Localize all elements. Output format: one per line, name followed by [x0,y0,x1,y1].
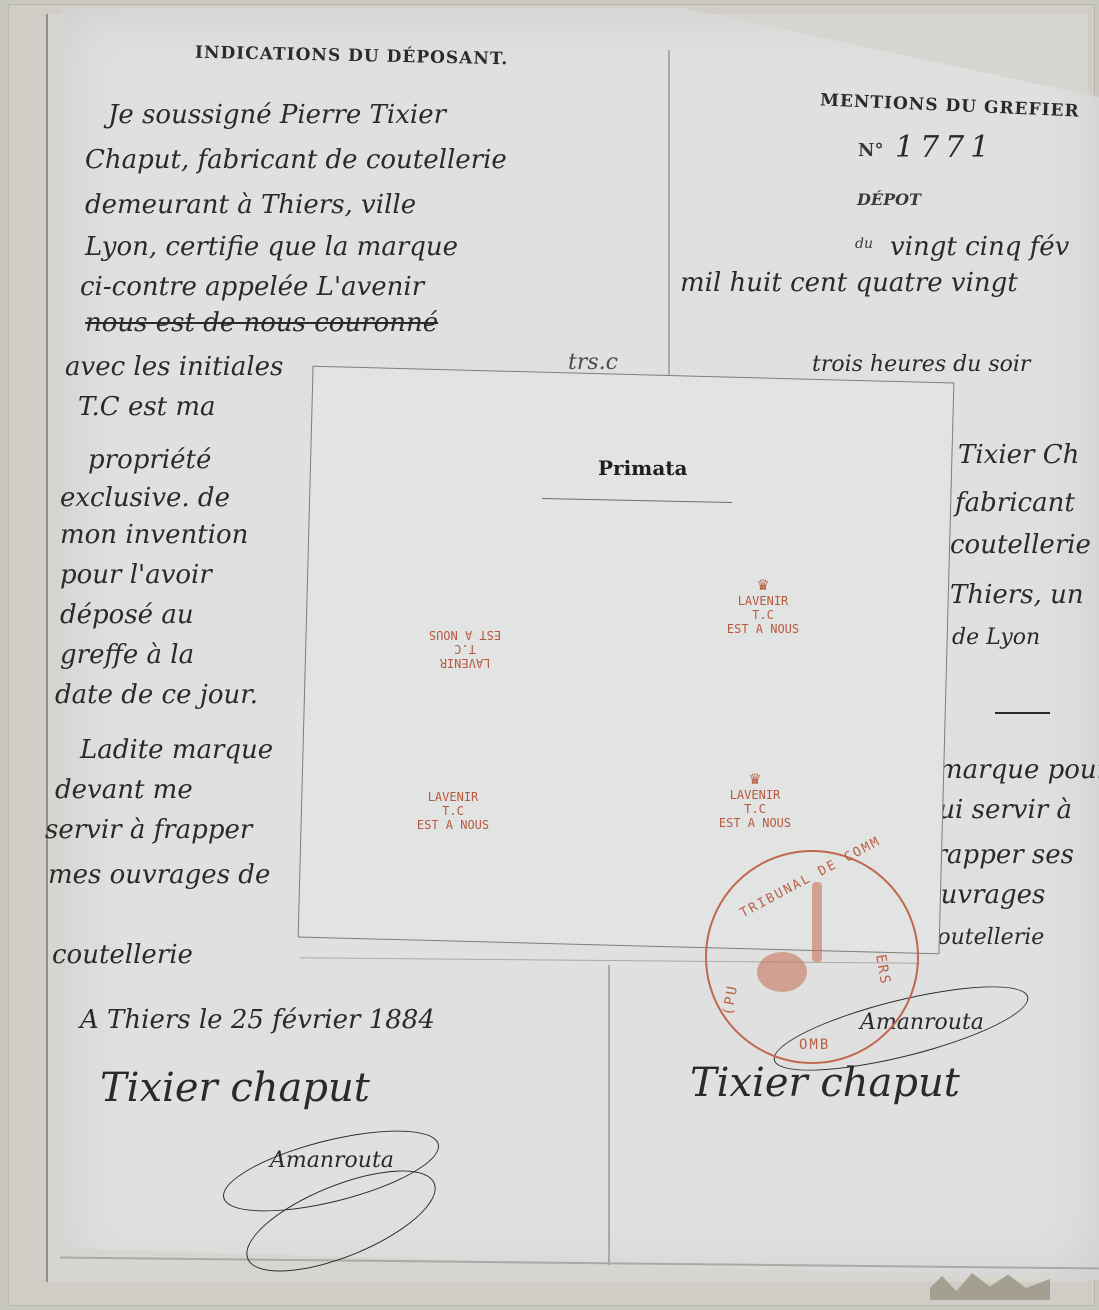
stamp-line-3: EST A NOUS [388,818,518,832]
depositor-annotation: trs.c [568,350,618,375]
registrar-mark-line-5: coutellerie [925,925,1044,950]
depot-label: DÉPOT [857,190,921,209]
registrar-mark-line-2: lui servir à [930,795,1072,825]
tribunal-seal: TRIBUNAL DE COMM (PU OMB ERS [705,850,919,1064]
stamp-line-2: T.C [698,608,828,622]
depositor-line-16: Ladite marque [80,735,273,765]
registration-number: 1771 [895,130,995,165]
seal-bottom-text: OMB [799,1037,830,1053]
depositor-line-4: Lyon, certifie que la marque [85,232,458,262]
mark-stamp-inverted: LAVENIR T.C EST A NOUS [400,580,530,670]
depositor-line-8: T.C est ma [78,392,216,422]
registrar-name-line-5: de Lyon [952,625,1040,650]
mark-stamp-crowned-bottom: ♛ LAVENIR T.C EST A NOUS [690,770,820,860]
registrar-name-line-3: coutellerie [950,530,1091,560]
registrar-mark-line-3: frapper ses [925,840,1074,870]
depositor-line-1: Je soussigné Pierre Tixier [108,100,446,130]
stamp-line-1: LAVENIR [400,656,530,670]
seal-left-text: (PU [720,983,741,1017]
depositor-line-18: servir à frapper [45,815,252,845]
registrar-dash [995,712,1050,714]
column-divider-top [668,50,670,380]
depositor-signature: Tixier chaput [100,1065,370,1111]
depositor-line-14: greffe à la [60,640,194,670]
place-date: A Thiers le 25 février 1884 [80,1005,435,1035]
seal-emblem [757,952,807,992]
depositor-line-6: nous est de nous couronné [85,308,438,338]
stamp-line-3: EST A NOUS [698,622,828,636]
depositor-line-3: demeurant à Thiers, ville [85,190,416,220]
depositor-line-9: propriété [88,445,211,475]
stamp-line-1: LAVENIR [388,790,518,804]
depositor-line-13: déposé au [60,600,194,630]
registrar-time-line: trois heures du soir [812,352,1030,377]
registrar-name-line-2: fabricant [955,488,1075,518]
depositor-line-12: pour l'avoir [60,560,212,590]
registrar-date-line-2: mil huit cent quatre vingt [680,268,1018,298]
du-label: du [855,236,873,252]
crown-icon: ♛ [690,770,820,788]
registrar-date-line-1: vingt cinq fév [890,232,1069,262]
depositor-line-7: avec les initiales [65,352,283,382]
registrar-name-line-4: Thiers, un [950,580,1084,610]
registrar-name-line-1: Tixier Ch [958,440,1079,470]
specimen-title: Primata [598,456,688,480]
stamp-line-1: LAVENIR [690,788,820,802]
registrar-mark-line-4: ouvrages [925,880,1045,910]
registrar-mark-line-1: marque pour [938,755,1099,785]
depositor-line-15: date de ce jour. [55,680,258,710]
depositor-line-11: mon invention [60,520,248,550]
depositor-line-5: ci-contre appelée L'avenir [80,272,424,302]
mark-stamp-plain: LAVENIR T.C EST A NOUS [388,790,518,880]
depositor-line-19: mes ouvrages de [48,860,270,890]
stamp-line-1: LAVENIR [698,594,828,608]
seal-right-text: ERS [872,953,893,987]
depositor-line-17: devant me [55,775,193,805]
stamp-line-2: T.C [388,804,518,818]
depositor-line-10: exclusive. de [60,483,230,513]
stamp-line-3: EST A NOUS [690,816,820,830]
seal-emblem-spire [812,882,822,962]
depositor-line-2: Chaput, fabricant de coutellerie [85,145,507,175]
stamp-line-3: EST A NOUS [400,628,530,642]
depositor-line-20: coutellerie [52,940,193,970]
mark-stamp-crowned-top: ♛ LAVENIR T.C EST A NOUS [698,576,828,666]
number-label: N° [858,140,883,161]
column-divider-bottom [608,965,610,1265]
stamp-line-2: T.C [690,802,820,816]
crown-icon: ♛ [698,576,828,594]
stamp-line-2: T.C [400,642,530,656]
